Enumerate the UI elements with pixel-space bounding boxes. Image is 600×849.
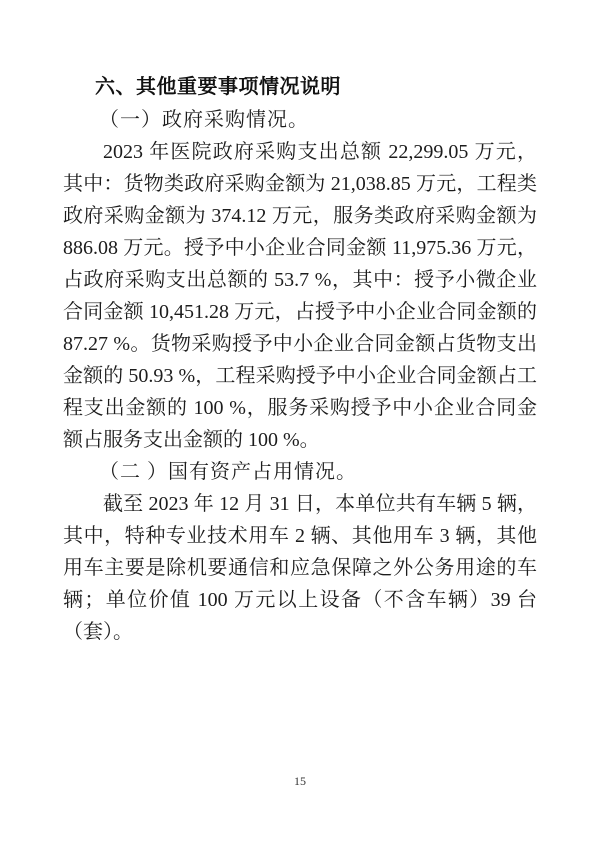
section-heading: 六、其他重要事项情况说明 (63, 70, 537, 104)
subsection-heading-state-assets: （二 ）国有资产占用情况。 (63, 456, 537, 488)
paragraph-procurement: 2023 年医院政府采购支出总额 22,299.05 万元，其中：货物类政府采购… (63, 136, 537, 456)
paragraph-state-assets: 截至 2023 年 12 月 31 日，本单位共有车辆 5 辆，其中，特种专业技… (63, 488, 537, 648)
page-number: 15 (0, 774, 600, 789)
subsection-heading-procurement: （一）政府采购情况。 (63, 104, 537, 136)
document-page: 六、其他重要事项情况说明 （一）政府采购情况。 2023 年医院政府采购支出总额… (0, 0, 600, 849)
page-content: 六、其他重要事项情况说明 （一）政府采购情况。 2023 年医院政府采购支出总额… (63, 70, 537, 648)
